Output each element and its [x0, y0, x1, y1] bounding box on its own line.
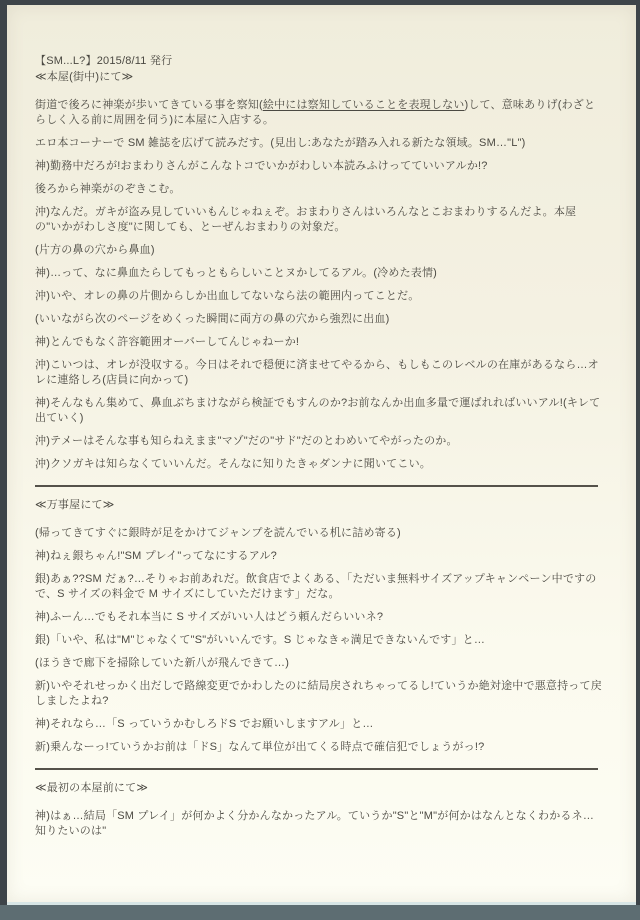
script-line: 新)乗んなーっ!ていうかお前は「ドS」なんて単位が出てくる時点で確信犯でしょうが… [35, 740, 602, 755]
section-divider [35, 485, 598, 487]
scene-heading: ≪本屋(街中)にて≫ [35, 70, 602, 85]
script-line: (片方の鼻の穴から鼻血) [35, 243, 602, 258]
script-line: 沖)なんだ。ガキが盗み見していいもんじゃねぇぞ。おまわりさんはいろんなとこおまわ… [35, 205, 602, 235]
scene-heading: ≪最初の本屋前にて≫ [35, 781, 602, 796]
script-line: 沖)テメーはそんな事も知らねえまま"マゾ"だの"サド"だのとわめいてやがったのか… [35, 434, 602, 449]
scan-edge-bottom [0, 905, 640, 920]
script-content: 【SM...L?】2015/8/11 発行 ≪本屋(街中)にて≫ 街道で後ろに神… [7, 5, 636, 839]
script-line: 新)いやそれせっかく出だしで路線変更でかわしたのに結局戻されちゃってるし!ていう… [35, 679, 602, 709]
scene-heading: ≪万事屋にて≫ [35, 498, 602, 513]
script-line: 神)はぁ…結局「SM プレイ」が何かよく分かんなかったアル。ていうか"S"と"M… [35, 809, 602, 839]
script-line: 神)そんなもん集めて、鼻血ぶちまけながら検証でもすんのか?お前なんか出血多量で運… [35, 396, 602, 426]
script-line: 街道で後ろに神楽が歩いてきている事を察知(絵中には察知していることを表現しない)… [35, 98, 602, 128]
line-text: 街道で後ろに神楽が歩いてきている事を察知( [35, 99, 263, 111]
scanner-frame: 【SM...L?】2015/8/11 発行 ≪本屋(街中)にて≫ 街道で後ろに神… [0, 0, 640, 920]
script-line: 銀)「いや、私は"M"じゃなくて"S"がいいんです。S じゃなきゃ満足できないん… [35, 633, 602, 648]
script-line: (帰ってきてすぐに銀時が足をかけてジャンプを読んでいる机に詰め寄る) [35, 526, 602, 541]
script-line: (いいながら次のページをめくった瞬間に両方の鼻の穴から強烈に出血) [35, 312, 602, 327]
script-line: 神)勤務中だろが!おまわりさんがこんなトコでいかがわしい本読みふけってていいアル… [35, 159, 602, 174]
script-line: 神)それなら…「S っていうかむしろドS でお願いしますアル」と… [35, 717, 602, 732]
script-line: 沖)こいつは、オレが没収する。今日はそれで穏便に済ませてやるから、もしもこのレベ… [35, 358, 602, 388]
scan-edge-highlight [7, 902, 636, 905]
script-line: 神)ふーん…でもそれ本当に S サイズがいい人はどう頼んだらいいネ? [35, 610, 602, 625]
script-line: 銀)あぁ??SM だぁ?…そりゃお前あれだ。飲食店でよくある、「ただいま無料サイ… [35, 572, 602, 602]
script-line: エロ本コーナーで SM 雑誌を広げて読みだす。(見出し:あなたが踏み入れる新たな… [35, 136, 602, 151]
script-line: 後ろから神楽がのぞきこむ。 [35, 182, 602, 197]
doc-title: 【SM...L?】2015/8/11 発行 [35, 54, 602, 69]
scene-section-yorozuya: ≪万事屋にて≫ (帰ってきてすぐに銀時が足をかけてジャンプを読んでいる机に詰め寄… [35, 498, 602, 755]
script-line: 神)…って、なに鼻血たらしてもっともらしいことヌかしてるアル。(冷めた表情) [35, 266, 602, 281]
script-line: 沖)クソガキは知らなくていいんだ。そんなに知りたきゃダンナに聞いてこい。 [35, 457, 602, 472]
script-line: 沖)いや、オレの鼻の片側からしか出血してないなら法の範囲内ってことだ。 [35, 289, 602, 304]
scene-section-bookstore: ≪本屋(街中)にて≫ 街道で後ろに神楽が歩いてきている事を察知(絵中には察知して… [35, 70, 602, 472]
scanned-page: 【SM...L?】2015/8/11 発行 ≪本屋(街中)にて≫ 街道で後ろに神… [7, 5, 636, 902]
script-line: 神)ねぇ銀ちゃん!"SM プレイ"ってなにするアル? [35, 549, 602, 564]
underlined-note: 絵中には察知していることを表現しない [263, 99, 465, 111]
script-line: (ほうきで廊下を掃除していた新八が飛んできて…) [35, 656, 602, 671]
scene-section-first-bookstore: ≪最初の本屋前にて≫ 神)はぁ…結局「SM プレイ」が何かよく分かんなかったアル… [35, 781, 602, 839]
section-divider [35, 768, 598, 770]
script-line: 神)とんでもなく許容範囲オーバーしてんじゃねーか! [35, 335, 602, 350]
